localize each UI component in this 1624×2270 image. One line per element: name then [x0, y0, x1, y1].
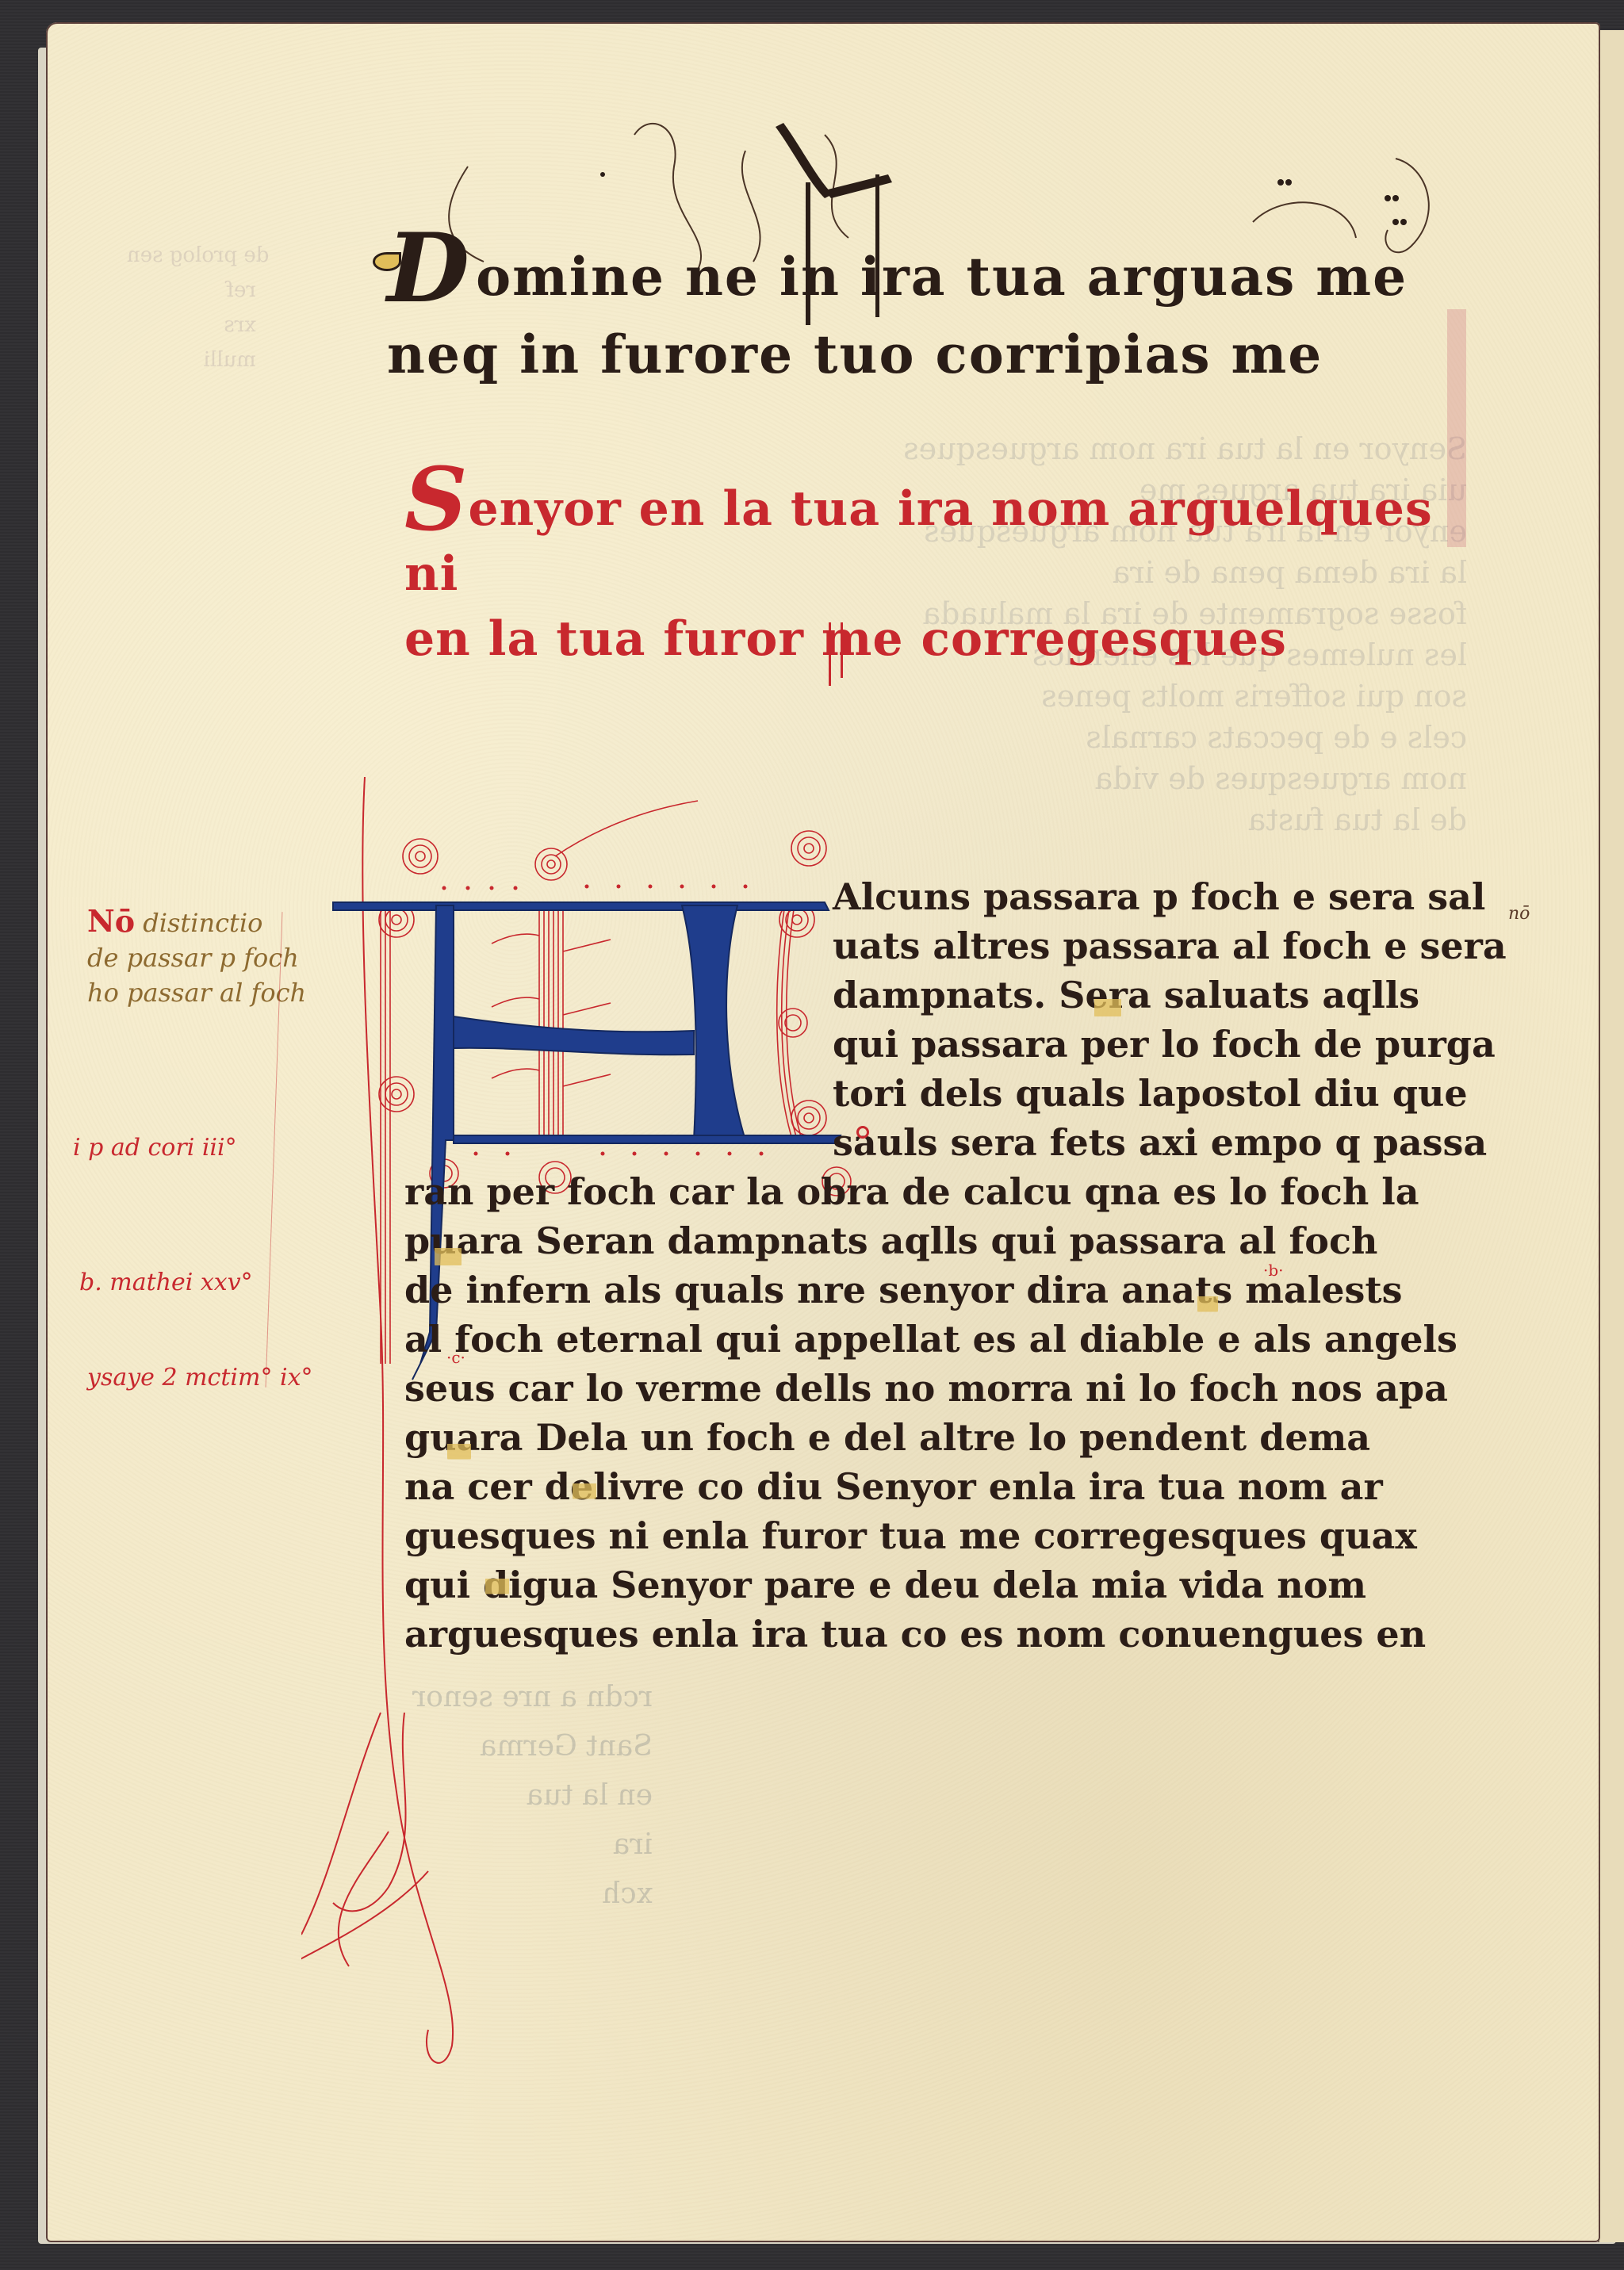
nota-bene-mark: Nō	[87, 903, 135, 939]
body-line-11: seus car lo verme dells no morra ni lo f…	[404, 1364, 1475, 1413]
body-line-5: tori dels quals lapostol diu que	[404, 1069, 1475, 1118]
rubric-descender	[829, 622, 831, 686]
body-line-13: na cer delivre co diu Senyor enla ira tu…	[404, 1462, 1475, 1511]
margin-reference-matthew: b. mathei xxv°	[79, 1269, 253, 1296]
catalan-rubric: Senyor en la tua ira nom arguelques ni e…	[404, 476, 1475, 672]
rubric-initial-s: S	[404, 448, 468, 550]
red-reference-mark: ·c·	[446, 1348, 465, 1367]
body-line-6: sauls sera fets axi empo q passa	[404, 1118, 1475, 1167]
margin-reference-corinthians: i p ad cori iii°	[73, 1134, 237, 1162]
body-line-9: de infern als quals nre senyor dira anat…	[404, 1265, 1475, 1315]
body-line-14: guesques ni enla furor tua me corregesqu…	[404, 1511, 1475, 1560]
red-reference-mark	[856, 1126, 869, 1139]
rubric-line-2: en la tua furor me corregesques	[404, 607, 1475, 672]
yellow-touched-capital	[573, 1475, 596, 1503]
rubric-descender	[841, 622, 843, 678]
body-line-2: uats altres passara al foch e sera	[404, 921, 1475, 970]
yellow-touched-capital	[447, 1435, 471, 1464]
margin-note-distinctio: Nō distinctio de passar p foch ho passar…	[87, 904, 306, 1010]
yellow-touched-capital	[485, 1570, 509, 1598]
body-line-10: al foch eternal qui appellat es al diabl…	[404, 1315, 1475, 1364]
body-line-16: arguesques enla ira tua co es nom conuen…	[404, 1610, 1475, 1659]
body-line-3: dampnats. Sera saluats aqlls	[404, 970, 1475, 1020]
cadel-yellow-wash	[373, 252, 401, 271]
cadel-initial-d: D	[387, 212, 471, 324]
body-line-8: puara Seran dampnats aqlls qui passara a…	[404, 1216, 1475, 1265]
incipit-line-1: Domine ne in ira tua arguas me	[387, 238, 1497, 316]
yellow-touched-capital	[435, 1238, 462, 1270]
margin-reference-isaiah: ysaye 2 mctim° ix°	[87, 1364, 313, 1391]
latin-incipit: Domine ne in ira tua arguas me neq in fu…	[387, 238, 1497, 393]
showthrough-red-bar	[1447, 309, 1466, 547]
incipit-line-2: neq in furore tuo corripias me	[387, 316, 1497, 393]
body-line-15: qui digua Senyor pare e deu dela mia vid…	[404, 1560, 1475, 1610]
body-line-7: ran per foch car la obra de calcu qna es…	[404, 1167, 1475, 1216]
red-reference-mark: ·b·	[1263, 1261, 1284, 1280]
body-line-4: qui passara per lo foch de purga	[404, 1020, 1475, 1069]
yellow-touched-capital	[1197, 1288, 1218, 1316]
body-line-12: guara Dela un foch e del altre lo penden…	[404, 1413, 1475, 1462]
yellow-touched-capital	[1094, 990, 1121, 1021]
body-line-1: Alcuns passara p foch e sera sal	[404, 872, 1475, 921]
main-text-block: Alcuns passara p foch e sera sal uats al…	[404, 872, 1475, 1659]
right-margin-nota: nō	[1508, 904, 1530, 924]
rubric-line-1: Senyor en la tua ira nom arguelques ni	[404, 476, 1475, 607]
facing-page-edge	[1598, 30, 1624, 2242]
